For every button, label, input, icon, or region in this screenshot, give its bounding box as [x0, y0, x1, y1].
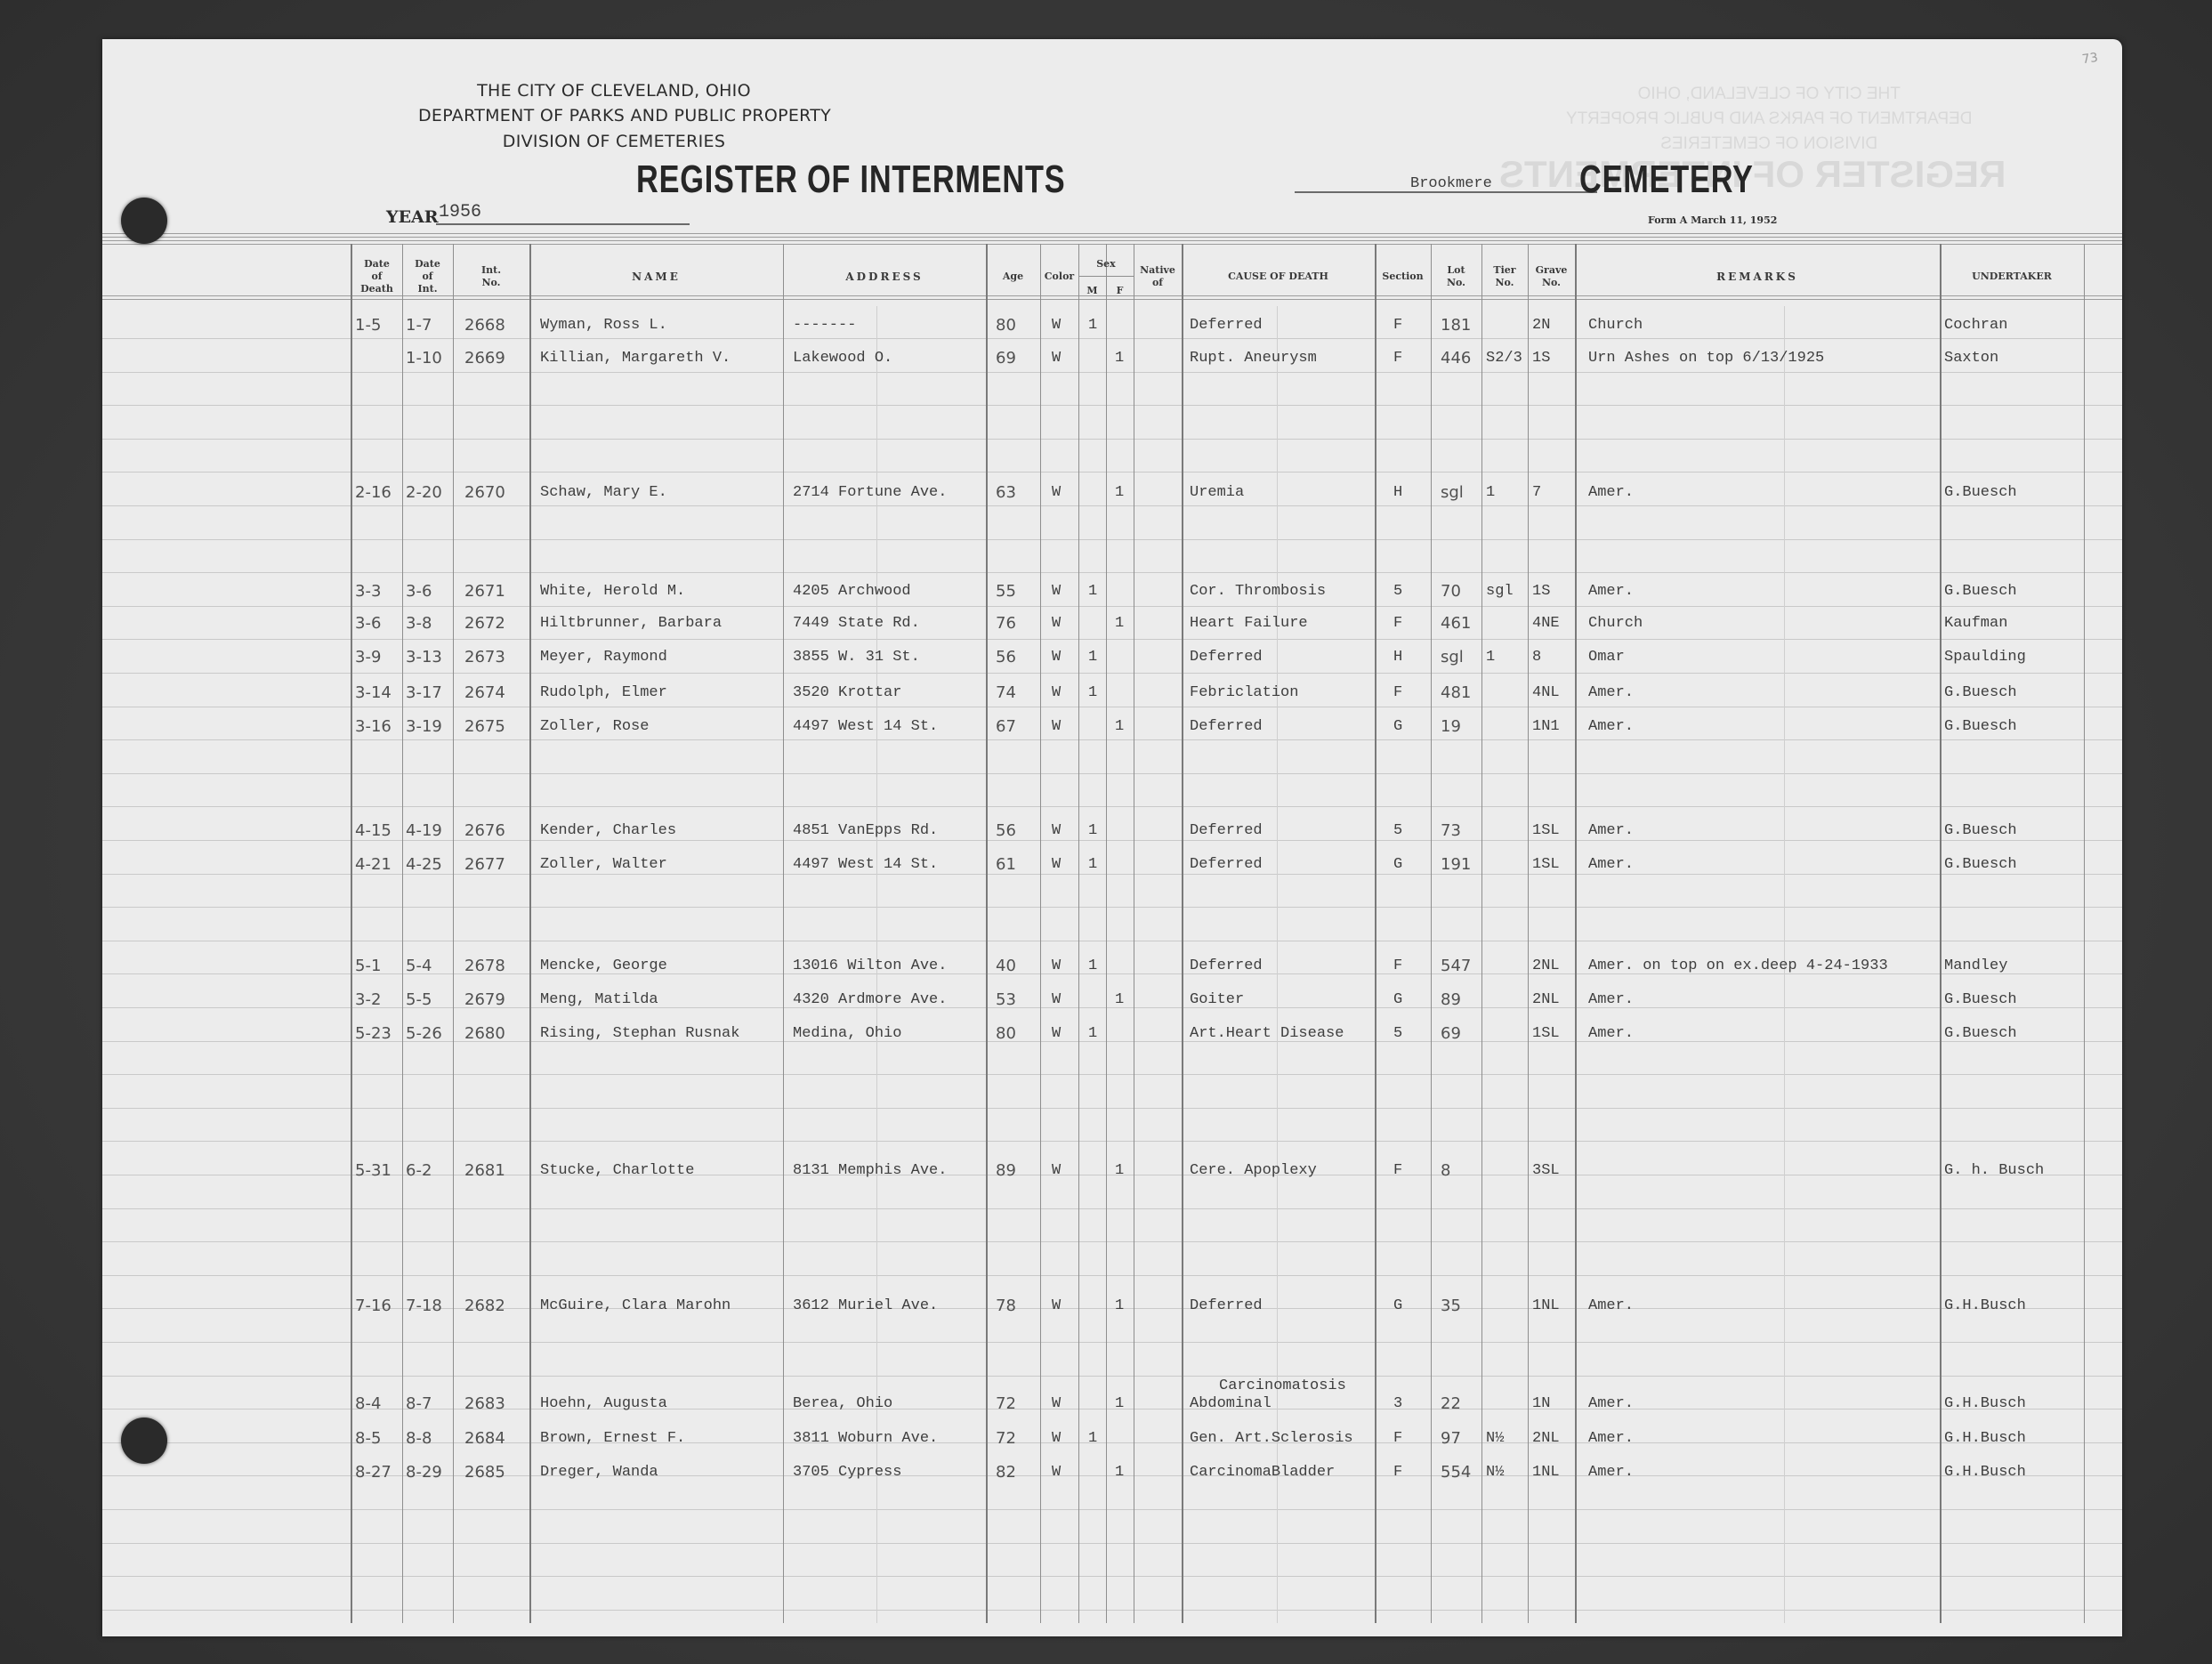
- org-line-department: DEPARTMENT OF PARKS AND PUBLIC PROPERTY: [418, 106, 810, 125]
- ruled-line: [102, 773, 2122, 774]
- form-note: Form A March 11, 1952: [1648, 214, 1777, 226]
- col-sex-f: F: [1106, 278, 1134, 304]
- ruled-line: [102, 1208, 2122, 1209]
- cell-address: 3520 Krottar: [793, 684, 901, 702]
- cell-sex-f: 1: [1115, 484, 1124, 502]
- ruled-line: [102, 907, 2122, 908]
- cell-address: Berea, Ohio: [793, 1395, 892, 1413]
- cell-date-death: 7-16: [355, 1297, 392, 1315]
- cell-address: 7449 State Rd.: [793, 615, 920, 633]
- cell-age: 82: [996, 1464, 1016, 1482]
- cell-cause: Goiter: [1190, 991, 1244, 1009]
- cell-age: 74: [996, 684, 1016, 702]
- cell-grave: 1N: [1532, 1395, 1550, 1413]
- ruled-line: [102, 606, 2122, 607]
- col-date-of-int: Date of Int.: [402, 249, 453, 304]
- ruled-line: [102, 673, 2122, 674]
- cell-date-int: 3-19: [406, 718, 442, 736]
- cell-name: Mencke, George: [540, 957, 667, 975]
- cell-sex-m: 1: [1088, 684, 1097, 702]
- cell-age: 72: [996, 1395, 1016, 1413]
- cell-date-int: 4-25: [406, 856, 442, 874]
- cell-int-no: 2675: [464, 718, 505, 736]
- cell-remarks: Amer.: [1588, 1464, 1634, 1482]
- cell-date-int: 1-10: [406, 350, 442, 368]
- ruled-line: [102, 874, 2122, 875]
- col-cause-of-death: CAUSE OF DEATH: [1182, 249, 1375, 304]
- cell-lot: 181: [1441, 317, 1471, 335]
- cell-age: 72: [996, 1430, 1016, 1448]
- cell-remarks: Amer.: [1588, 484, 1634, 502]
- ruled-line: [102, 539, 2122, 540]
- cell-section: H: [1393, 649, 1402, 666]
- ruled-line: [102, 1275, 2122, 1276]
- year-label: YEAR: [386, 207, 439, 227]
- cell-undertaker: G.Buesch: [1944, 583, 2017, 601]
- col-native-of: Native of: [1134, 249, 1182, 304]
- cell-undertaker: G.Buesch: [1944, 684, 2017, 702]
- cell-lot: 89: [1441, 991, 1461, 1009]
- column-rule: [1528, 244, 1529, 1623]
- cell-lot: 481: [1441, 684, 1471, 702]
- cell-address: 4851 VanEpps Rd.: [793, 822, 938, 840]
- cell-color: W: [1052, 991, 1061, 1009]
- cell-date-death: 4-21: [355, 856, 392, 874]
- cell-undertaker: G.H.Busch: [1944, 1464, 2026, 1482]
- col-section: Section: [1375, 249, 1431, 304]
- cell-date-int: 3-8: [406, 615, 432, 633]
- cell-section: 5: [1393, 1025, 1402, 1043]
- cell-grave: 8: [1532, 649, 1541, 666]
- cell-undertaker: G.Buesch: [1944, 1025, 2017, 1043]
- cell-cause-line2: Carcinomatosis: [1219, 1377, 1346, 1395]
- cell-address: 3612 Muriel Ave.: [793, 1297, 938, 1315]
- cell-int-no: 2683: [464, 1395, 505, 1413]
- cell-address: 13016 Wilton Ave.: [793, 957, 947, 975]
- cell-age: 76: [996, 615, 1016, 633]
- cell-age: 80: [996, 1025, 1016, 1043]
- cell-undertaker: Spaulding: [1944, 649, 2026, 666]
- column-rule: [529, 244, 531, 1623]
- cell-sex-m: 1: [1088, 856, 1097, 874]
- column-rule: [986, 244, 988, 1623]
- column-rule: [1940, 244, 1942, 1623]
- cell-lot: 73: [1441, 822, 1461, 840]
- ruled-line: [102, 739, 2122, 740]
- ruled-line: [102, 1074, 2122, 1075]
- cell-section: F: [1393, 684, 1402, 702]
- cell-color: W: [1052, 583, 1061, 601]
- cell-cause: Cor. Thrombosis: [1190, 583, 1326, 601]
- cell-age: 55: [996, 583, 1016, 601]
- cell-cause: Deferred: [1190, 1297, 1263, 1315]
- cell-date-death: 5-1: [355, 957, 381, 975]
- cell-int-no: 2682: [464, 1297, 505, 1315]
- cell-address: -------: [793, 317, 856, 335]
- cell-tier: N½: [1486, 1430, 1504, 1448]
- cell-date-int: 5-5: [406, 991, 432, 1009]
- cell-remarks: Omar: [1588, 649, 1625, 666]
- cell-tier: S2/3: [1486, 350, 1522, 368]
- cell-date-death: 4-15: [355, 822, 392, 840]
- year-value: 1956: [439, 202, 481, 222]
- cell-cause: Heart Failure: [1190, 615, 1308, 633]
- cell-section: G: [1393, 991, 1402, 1009]
- cell-lot: 191: [1441, 856, 1471, 874]
- cell-date-int: 7-18: [406, 1297, 442, 1315]
- cell-sex-m: 1: [1088, 1025, 1097, 1043]
- cell-lot: 22: [1441, 1395, 1461, 1413]
- cell-int-no: 2676: [464, 822, 505, 840]
- sub-column-rule: [1277, 306, 1278, 1623]
- col-address: ADDRESS: [783, 249, 986, 304]
- cell-color: W: [1052, 1297, 1061, 1315]
- cell-undertaker: Mandley: [1944, 957, 2007, 975]
- cell-sex-f: 1: [1115, 615, 1124, 633]
- cell-remarks: Church: [1588, 615, 1643, 633]
- cell-age: 53: [996, 991, 1016, 1009]
- cell-tier: N½: [1486, 1464, 1504, 1482]
- cell-undertaker: Saxton: [1944, 350, 1998, 368]
- cell-date-death: 3-2: [355, 991, 381, 1009]
- cell-color: W: [1052, 856, 1061, 874]
- cell-address: 3811 Woburn Ave.: [793, 1430, 938, 1448]
- cell-lot: 69: [1441, 1025, 1461, 1043]
- cell-lot: 446: [1441, 350, 1471, 368]
- column-rule: [2084, 244, 2085, 1623]
- cell-undertaker: G.Buesch: [1944, 822, 2017, 840]
- ruled-line: [102, 1610, 2122, 1611]
- ruled-line: [102, 840, 2122, 841]
- cell-cause: Deferred: [1190, 317, 1263, 335]
- cell-section: G: [1393, 1297, 1402, 1315]
- cell-date-death: 3-6: [355, 615, 381, 633]
- cell-cause: Febriclation: [1190, 684, 1298, 702]
- cell-age: 56: [996, 822, 1016, 840]
- cell-cause: Abdominal: [1190, 1395, 1271, 1413]
- cell-age: 40: [996, 957, 1016, 975]
- cell-int-no: 2673: [464, 649, 505, 666]
- cell-grave: 1SL: [1532, 1025, 1560, 1043]
- cell-sex-m: 1: [1088, 583, 1097, 601]
- cell-address: 8131 Memphis Ave.: [793, 1162, 947, 1180]
- bleed-through-org: THE CITY OF CLEVELAND, OHIODEPARTMENT OF…: [1566, 82, 1972, 157]
- col-grave-no: Grave No.: [1528, 249, 1575, 304]
- register-title: REGISTER OF INTERMENTS: [636, 158, 1065, 202]
- col-sex: Sex: [1078, 251, 1134, 278]
- cell-int-no: 2677: [464, 856, 505, 874]
- cell-age: 69: [996, 350, 1016, 368]
- cell-int-no: 2674: [464, 684, 505, 702]
- cell-color: W: [1052, 957, 1061, 975]
- cell-name: McGuire, Clara Marohn: [540, 1297, 731, 1315]
- cell-int-no: 2684: [464, 1430, 505, 1448]
- cell-undertaker: G.H.Busch: [1944, 1430, 2026, 1448]
- ruled-line: [102, 1108, 2122, 1109]
- cell-name: Hoehn, Augusta: [540, 1395, 667, 1413]
- cell-section: F: [1393, 317, 1402, 335]
- cell-age: 61: [996, 856, 1016, 874]
- cell-name: Meng, Matilda: [540, 991, 658, 1009]
- cell-date-death: 3-14: [355, 684, 392, 702]
- cell-color: W: [1052, 1430, 1061, 1448]
- cell-age: 56: [996, 649, 1016, 666]
- cell-date-int: 8-8: [406, 1430, 432, 1448]
- cell-date-int: 8-29: [406, 1464, 442, 1482]
- cell-section: F: [1393, 1162, 1402, 1180]
- cell-cause: Deferred: [1190, 649, 1263, 666]
- cell-grave: 1NL: [1532, 1297, 1560, 1315]
- cell-grave: 1SL: [1532, 856, 1560, 874]
- col-age: Age: [986, 249, 1040, 304]
- ruled-line: [102, 1141, 2122, 1142]
- cell-date-death: 8-5: [355, 1430, 381, 1448]
- col-undertaker: UNDERTAKER: [1940, 249, 2084, 304]
- cell-date-int: 1-7: [406, 317, 432, 335]
- cemetery-label: CEMETERY: [1579, 158, 1754, 202]
- cell-date-int: 4-19: [406, 822, 442, 840]
- cell-undertaker: G. h. Busch: [1944, 1162, 2044, 1180]
- ruled-line: [102, 505, 2122, 506]
- cell-date-death: 3-3: [355, 583, 381, 601]
- cell-address: 4497 West 14 St.: [793, 856, 938, 874]
- cell-grave: 1NL: [1532, 1464, 1560, 1482]
- ruled-line: [102, 439, 2122, 440]
- cell-section: F: [1393, 1430, 1402, 1448]
- cell-date-death: 3-16: [355, 718, 392, 736]
- page-number: 73: [2081, 51, 2099, 67]
- cell-name: Zoller, Rose: [540, 718, 649, 736]
- cell-grave: 4NL: [1532, 684, 1560, 702]
- org-line-city: THE CITY OF CLEVELAND, OHIO: [454, 81, 774, 101]
- cell-int-no: 2672: [464, 615, 505, 633]
- cell-date-int: 6-2: [406, 1162, 432, 1180]
- ruled-line: [102, 941, 2122, 941]
- cell-grave: 2NL: [1532, 1430, 1560, 1448]
- cell-remarks: Amer.: [1588, 822, 1634, 840]
- cell-lot: 97: [1441, 1430, 1461, 1448]
- cell-date-int: 3-17: [406, 684, 442, 702]
- column-rule: [1575, 244, 1577, 1623]
- cell-name: Rising, Stephan Rusnak: [540, 1025, 739, 1043]
- cell-date-death: 2-16: [355, 484, 392, 502]
- col-color: Color: [1040, 249, 1078, 304]
- cell-address: 3705 Cypress: [793, 1464, 901, 1482]
- column-rule: [351, 244, 352, 1623]
- cell-tier: sgl: [1486, 583, 1514, 601]
- ruled-line: [102, 1576, 2122, 1577]
- cell-grave: 1SL: [1532, 822, 1560, 840]
- cell-cause: Art.Heart Disease: [1190, 1025, 1344, 1043]
- cell-sex-m: 1: [1088, 317, 1097, 335]
- cell-address: 3855 W. 31 St.: [793, 649, 920, 666]
- cell-sex-m: 1: [1088, 1430, 1097, 1448]
- cell-sex-m: 1: [1088, 957, 1097, 975]
- ruled-line: [102, 639, 2122, 640]
- cell-grave: 2N: [1532, 317, 1550, 335]
- cell-address: Lakewood O.: [793, 350, 892, 368]
- cell-cause: Rupt. Aneurysm: [1190, 350, 1317, 368]
- column-rule: [783, 244, 784, 1623]
- cell-sex-f: 1: [1115, 718, 1124, 736]
- cell-age: 63: [996, 484, 1016, 502]
- cell-address: 4320 Ardmore Ave.: [793, 991, 947, 1009]
- year-underline: [436, 223, 690, 225]
- cell-grave: 1S: [1532, 583, 1550, 601]
- cell-age: 80: [996, 317, 1016, 335]
- cell-cause: Deferred: [1190, 856, 1263, 874]
- cell-date-int: 2-20: [406, 484, 442, 502]
- ruled-line: [102, 1241, 2122, 1242]
- cell-int-no: 2685: [464, 1464, 505, 1482]
- cell-name: Schaw, Mary E.: [540, 484, 667, 502]
- column-rule: [1106, 244, 1107, 1623]
- cell-color: W: [1052, 484, 1061, 502]
- col-tier-no: Tier No.: [1481, 249, 1528, 304]
- cell-color: W: [1052, 350, 1061, 368]
- cell-cause: Uremia: [1190, 484, 1244, 502]
- cell-date-int: 5-4: [406, 957, 432, 975]
- header-top-rule: [102, 233, 2122, 238]
- column-rule: [1431, 244, 1432, 1623]
- cell-sex-f: 1: [1115, 1297, 1124, 1315]
- cell-grave: 3SL: [1532, 1162, 1560, 1180]
- cell-date-death: 8-27: [355, 1464, 392, 1482]
- col-sex-m: M: [1078, 278, 1106, 304]
- cell-grave: 4NE: [1532, 615, 1560, 633]
- ruled-line: [102, 1376, 2122, 1377]
- cell-remarks: Amer.: [1588, 718, 1634, 736]
- cell-lot: 554: [1441, 1464, 1471, 1482]
- column-rule: [1375, 244, 1376, 1623]
- ruled-line: [102, 1342, 2122, 1343]
- header-top-rule-2: [102, 240, 2122, 245]
- cell-grave: 2NL: [1532, 957, 1560, 975]
- cell-name: Dreger, Wanda: [540, 1464, 658, 1482]
- cell-grave: 2NL: [1532, 991, 1560, 1009]
- cell-remarks: Amer.: [1588, 1025, 1634, 1043]
- cell-color: W: [1052, 1464, 1061, 1482]
- cell-lot: 70: [1441, 583, 1461, 601]
- cell-date-int: 3-6: [406, 583, 432, 601]
- cell-section: 3: [1393, 1395, 1402, 1413]
- cell-remarks: Amer.: [1588, 1395, 1634, 1413]
- cell-color: W: [1052, 1395, 1061, 1413]
- cell-date-death: 3-9: [355, 649, 381, 666]
- cell-section: G: [1393, 856, 1402, 874]
- cell-lot: sgl: [1441, 484, 1464, 502]
- cell-int-no: 2679: [464, 991, 505, 1009]
- ruled-line: [102, 405, 2122, 406]
- cell-int-no: 2681: [464, 1162, 505, 1180]
- cell-address: Medina, Ohio: [793, 1025, 901, 1043]
- cell-name: Zoller, Walter: [540, 856, 667, 874]
- col-remarks: REMARKS: [1575, 249, 1940, 304]
- cell-section: G: [1393, 718, 1402, 736]
- column-rule: [1481, 244, 1482, 1623]
- ruled-line: [102, 472, 2122, 473]
- cell-date-death: 1-5: [355, 317, 381, 335]
- cell-age: 89: [996, 1162, 1016, 1180]
- col-int-no: Int. No.: [453, 249, 529, 304]
- cell-color: W: [1052, 649, 1061, 666]
- cell-date-int: 5-26: [406, 1025, 442, 1043]
- cell-name: White, Herold M.: [540, 583, 685, 601]
- cell-color: W: [1052, 684, 1061, 702]
- cell-grave: 7: [1532, 484, 1541, 502]
- column-rule: [402, 244, 403, 1623]
- ruled-line: [102, 707, 2122, 707]
- cell-undertaker: G.H.Busch: [1944, 1395, 2026, 1413]
- cell-color: W: [1052, 718, 1061, 736]
- cell-age: 67: [996, 718, 1016, 736]
- cell-lot: 547: [1441, 957, 1471, 975]
- cell-remarks: Amer.: [1588, 684, 1634, 702]
- cell-int-no: 2669: [464, 350, 505, 368]
- cell-remarks: Amer.: [1588, 1297, 1634, 1315]
- ruled-line: [102, 1543, 2122, 1544]
- cell-undertaker: G.Buesch: [1944, 856, 2017, 874]
- cell-date-int: 8-7: [406, 1395, 432, 1413]
- cell-undertaker: G.Buesch: [1944, 991, 2017, 1009]
- cell-int-no: 2671: [464, 583, 505, 601]
- cell-lot: 8: [1441, 1162, 1450, 1180]
- cell-sex-f: 1: [1115, 1395, 1124, 1413]
- cell-lot: sgl: [1441, 649, 1464, 666]
- org-line-division: DIVISION OF CEMETERIES: [494, 132, 734, 151]
- col-lot-no: Lot No.: [1431, 249, 1481, 304]
- cell-cause: Gen. Art.Sclerosis: [1190, 1430, 1353, 1448]
- cell-sex-f: 1: [1115, 1464, 1124, 1482]
- cell-name: Wyman, Ross L.: [540, 317, 667, 335]
- cell-section: 5: [1393, 583, 1402, 601]
- cell-cause: Deferred: [1190, 822, 1263, 840]
- cell-grave: 1S: [1532, 350, 1550, 368]
- cell-int-no: 2670: [464, 484, 505, 502]
- cell-cause: Deferred: [1190, 718, 1263, 736]
- cell-name: Stucke, Charlotte: [540, 1162, 694, 1180]
- cell-undertaker: G.Buesch: [1944, 484, 2017, 502]
- binder-hole-bottom: [121, 1418, 167, 1464]
- cell-address: 4205 Archwood: [793, 583, 911, 601]
- cell-grave: 1N1: [1532, 718, 1560, 736]
- column-rule: [1182, 244, 1183, 1623]
- cell-sex-f: 1: [1115, 991, 1124, 1009]
- cell-section: F: [1393, 957, 1402, 975]
- cell-color: W: [1052, 1025, 1061, 1043]
- cell-section: F: [1393, 615, 1402, 633]
- cell-date-death: 8-4: [355, 1395, 381, 1413]
- cell-sex-f: 1: [1115, 1162, 1124, 1180]
- cell-remarks: Amer.: [1588, 1430, 1634, 1448]
- cell-remarks: Urn Ashes on top 6/13/1925: [1588, 350, 1824, 368]
- column-rule: [1078, 244, 1079, 1623]
- cell-age: 78: [996, 1297, 1016, 1315]
- cell-name: Meyer, Raymond: [540, 649, 667, 666]
- cell-color: W: [1052, 317, 1061, 335]
- cell-address: 2714 Fortune Ave.: [793, 484, 947, 502]
- cell-lot: 35: [1441, 1297, 1461, 1315]
- cell-int-no: 2680: [464, 1025, 505, 1043]
- cell-remarks: Amer.: [1588, 583, 1634, 601]
- cell-remarks: Amer.: [1588, 991, 1634, 1009]
- ruled-line: [102, 338, 2122, 339]
- cell-name: Hiltbrunner, Barbara: [540, 615, 722, 633]
- ruled-line: [102, 372, 2122, 373]
- col-name: NAME: [529, 249, 783, 304]
- cell-remarks: Amer.: [1588, 856, 1634, 874]
- cell-sex-f: 1: [1115, 350, 1124, 368]
